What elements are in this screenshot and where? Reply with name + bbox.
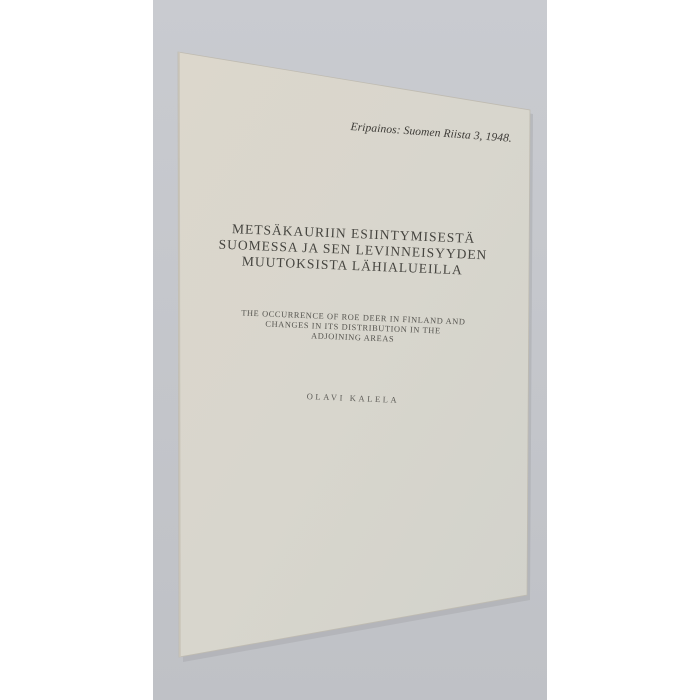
booklet-spine-edge xyxy=(179,53,180,656)
booklet-cover xyxy=(178,52,530,657)
booklet xyxy=(0,0,700,700)
